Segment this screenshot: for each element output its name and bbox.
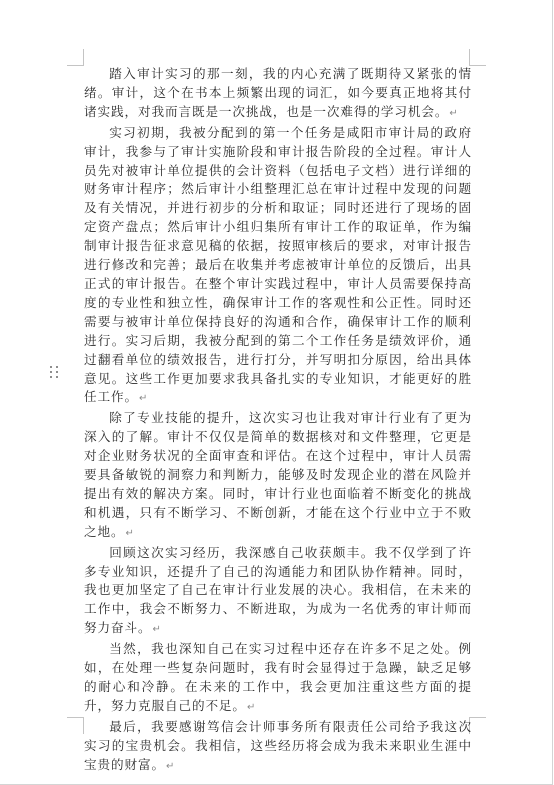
margin-corner-mark-top-left (67, 49, 84, 66)
paragraph[interactable]: 除了专业技能的提升，这次实习也让我对审计行业有了更为深入的了解。审计不仅仅是简单… (84, 409, 472, 543)
margin-corner-mark-bottom-left (67, 717, 84, 734)
margin-corner-mark-top-right (469, 49, 486, 66)
paragraph[interactable]: 踏入审计实习的那一刻，我的内心充满了既期待又紧张的情绪。审计，这个在书本上频繁出… (84, 65, 472, 124)
paragraph-text: 踏入审计实习的那一刻，我的内心充满了既期待又紧张的情绪。审计，这个在书本上频繁出… (84, 66, 472, 119)
drag-handle-icon[interactable] (50, 366, 58, 378)
paragraph-text: 当然，我也深知自己在实习过程中还存在许多不足之处。例如，在处理一些复杂问题时，我… (84, 641, 472, 713)
paragraph-mark-icon: ↵ (166, 761, 174, 772)
paragraph-text: 最后，我要感谢笃信会计师事务所有限责任公司给予我这次实习的宝贵机会。我相信，这些… (84, 719, 472, 772)
paragraph-mark-icon: ↵ (449, 108, 457, 119)
paragraph-mark-icon: ↵ (139, 393, 147, 404)
paragraph-text: 实习初期，我被分配到的第一个任务是咸阳市审计局的政府审计，我参与了审计实施阶段和… (84, 125, 472, 405)
document-page: 踏入审计实习的那一刻，我的内心充满了既期待又紧张的情绪。审计，这个在书本上频繁出… (0, 0, 553, 785)
paragraph-text: 除了专业技能的提升，这次实习也让我对审计行业有了更为深入的了解。审计不仅仅是简单… (84, 410, 472, 538)
document-body[interactable]: 踏入审计实习的那一刻，我的内心充满了既期待又紧张的情绪。审计，这个在书本上频繁出… (84, 65, 472, 777)
paragraph-text: 回顾这次实习经历，我深感自己收获颇丰。我不仅学到了许多专业知识，还提升了自己的沟… (84, 545, 472, 636)
paragraph[interactable]: 当然，我也深知自己在实习过程中还存在许多不足之处。例如，在处理一些复杂问题时，我… (84, 640, 472, 718)
paragraph-mark-icon: ↵ (125, 528, 133, 539)
paragraph-mark-icon: ↵ (152, 624, 160, 635)
paragraph-mark-icon: ↵ (247, 702, 255, 713)
paragraph[interactable]: 回顾这次实习经历，我深感自己收获颇丰。我不仅学到了许多专业知识，还提升了自己的沟… (84, 544, 472, 641)
paragraph[interactable]: 最后，我要感谢笃信会计师事务所有限责任公司给予我这次实习的宝贵机会。我相信，这些… (84, 718, 472, 777)
paragraph[interactable]: 实习初期，我被分配到的第一个任务是咸阳市审计局的政府审计，我参与了审计实施阶段和… (84, 124, 472, 410)
